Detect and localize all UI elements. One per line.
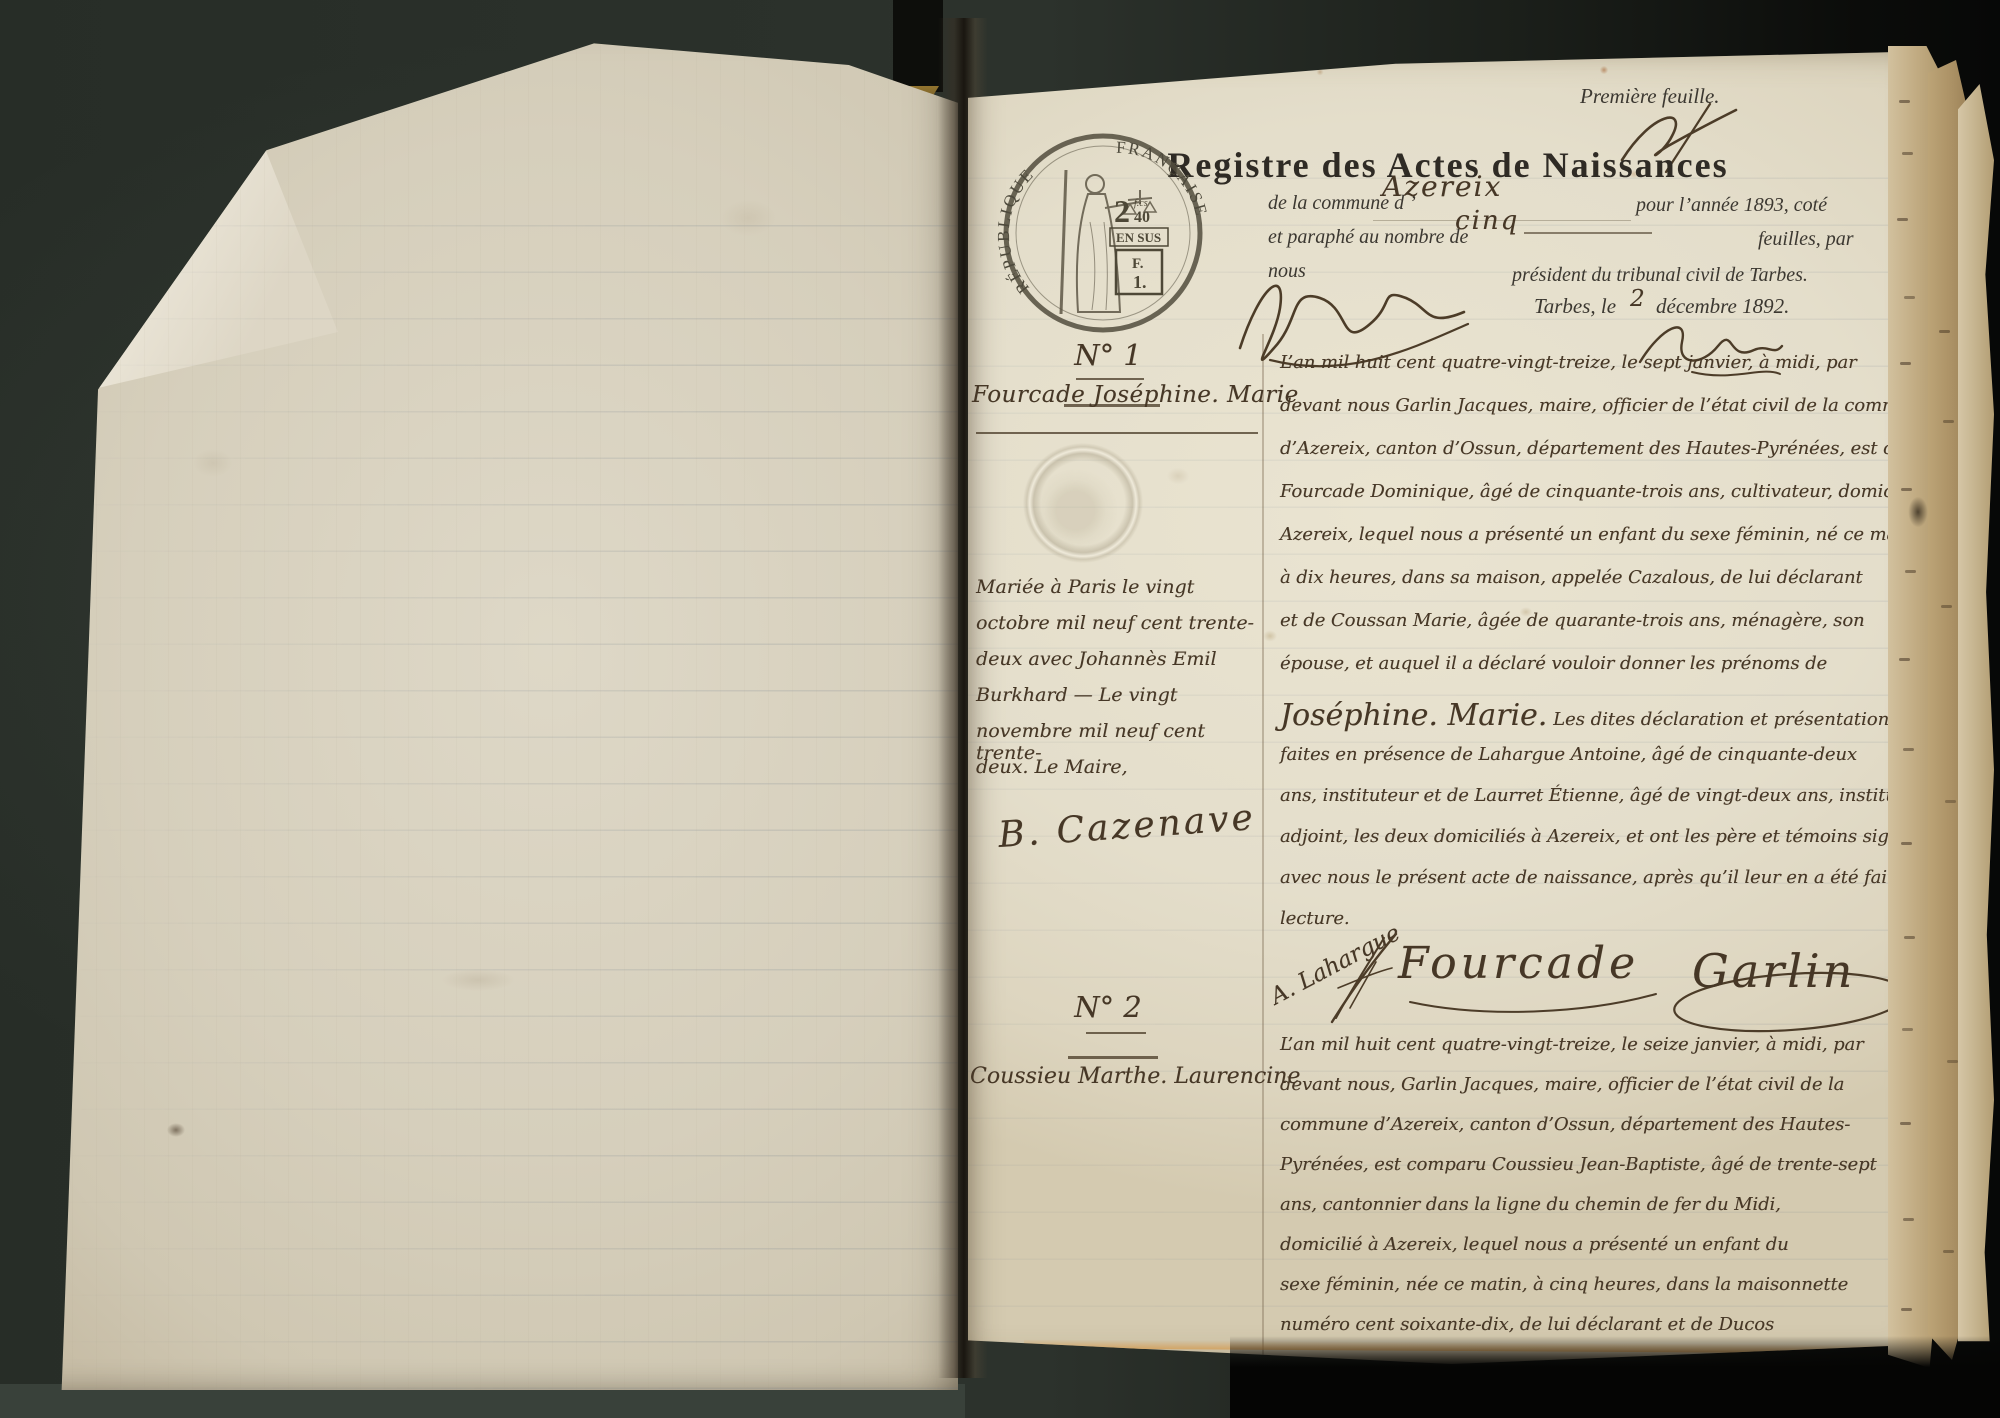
revenue-stamp: RÉPUBLIQUE FRANÇAISE 2 f.cs 40 EN SUS xyxy=(996,126,1210,340)
bottom-shadow xyxy=(1230,1336,2000,1418)
underline xyxy=(1068,1056,1158,1059)
handwritten-line: épouse, et auquel il a déclaré vouloir d… xyxy=(1280,653,1905,696)
svg-text:RÉPUBLIQUE: RÉPUBLIQUE xyxy=(996,164,1038,297)
handwritten-line: adjoint, les deux domiciliés à Azereix, … xyxy=(1280,826,1905,867)
entry-1-number: N° 1 xyxy=(1038,338,1178,372)
witness-2-signature-flourish xyxy=(1318,928,1408,1028)
handwritten-line: L’an mil huit cent quatre-vingt-treize, … xyxy=(1280,1034,1900,1074)
commune-name-handwritten: Azereix xyxy=(1382,170,1502,203)
child-name-emphasis: Joséphine. Marie. xyxy=(1280,698,1547,733)
handwritten-line: novembre mil neuf cent trente- xyxy=(976,720,1262,756)
handwritten-line: Fourcade Dominique, âgé de cinquante-tro… xyxy=(1280,481,1905,524)
svg-text:EN SUS: EN SUS xyxy=(1116,230,1161,245)
handwritten-line: octobre mil neuf cent trente- xyxy=(976,612,1262,648)
register-first-sheet: Première feuille. Registre des Actes de … xyxy=(968,52,1898,1364)
margin-divider-rule xyxy=(1262,334,1264,1356)
stamp-arc-left-text: RÉPUBLIQUE xyxy=(996,164,1038,297)
underline xyxy=(1076,378,1144,380)
form-rule xyxy=(1524,232,1652,234)
svg-text:f.cs: f.cs xyxy=(1134,198,1148,209)
signature-underline-flourish xyxy=(1404,990,1664,1016)
handwritten-line: d’Azereix, canton d’Ossun, département d… xyxy=(1280,438,1905,481)
entry-1-marriage-note: Mariée à Paris le vingtoctobre mil neuf … xyxy=(976,576,1262,792)
handwritten-line: avec nous le présent acte de naissance, … xyxy=(1280,867,1905,908)
handwritten-line: faites en présence de Lahargue Antoine, … xyxy=(1280,744,1905,785)
handwritten-line: devant nous, Garlin Jacques, maire, offi… xyxy=(1280,1074,1900,1114)
edge-handwriting-fragments xyxy=(1899,100,1910,103)
register-photo: Première feuille. Registre des Actes de … xyxy=(0,0,2000,1418)
handwritten-line: sexe féminin, née ce matin, à cinq heure… xyxy=(1280,1274,1900,1314)
mayor-garlin-signature: Garlin xyxy=(1692,944,1855,998)
handwritten-line: L’an mil huit cent quatre-vingt-treize, … xyxy=(1280,352,1905,395)
handwritten-line: Pyrénées, est comparu Coussieu Jean-Bapt… xyxy=(1280,1154,1900,1194)
handwritten-line: deux. Le Maire, xyxy=(976,756,1262,792)
handwritten-line: ans, cantonnier dans la ligne du chemin … xyxy=(1280,1194,1900,1234)
handwritten-line: devant nous Garlin Jacques, maire, offic… xyxy=(1280,395,1905,438)
handwritten-line: commune d’Azereix, canton d’Ossun, dépar… xyxy=(1280,1114,1900,1154)
entry-1-text: L’an mil huit cent quatre-vingt-treize, … xyxy=(1280,352,1905,696)
entry-1-margin-name: Fourcade Joséphine. Marie xyxy=(972,382,1299,408)
form-feuilles-line: feuilles, par xyxy=(1758,228,1854,251)
entry-1-text-continuation: Les dites déclaration et présentation, xyxy=(1547,709,1895,730)
handwritten-line: domicilié à Azereix, lequel nous a prése… xyxy=(1280,1234,1900,1274)
form-president-line: président du tribunal civil de Tarbes. xyxy=(1512,264,1808,287)
entry-2-number: N° 2 xyxy=(1038,990,1178,1024)
dateline-prefix: Tarbes, le xyxy=(1534,294,1616,319)
entry-2-margin-name: Coussieu Marthe. Laurencine xyxy=(970,1064,1300,1089)
handwritten-line: à dix heures, dans sa maison, appelée Ca… xyxy=(1280,567,1905,610)
entry-1-child-name-line: Joséphine. Marie. Les dites déclaration … xyxy=(1280,698,1895,733)
handwritten-line: Burkhard — Le vingt xyxy=(976,684,1262,720)
underline xyxy=(1086,1032,1146,1034)
handwritten-line: Azereix, lequel nous a présenté un enfan… xyxy=(1280,524,1905,567)
svg-text:2: 2 xyxy=(1114,193,1130,229)
embossed-seal xyxy=(1008,428,1158,578)
book-cover-spine xyxy=(893,0,943,92)
entry-1-text-end: faites en présence de Lahargue Antoine, … xyxy=(1280,744,1905,949)
declarant-signature: Fourcade xyxy=(1398,938,1639,989)
svg-text:40: 40 xyxy=(1134,209,1150,226)
handwritten-line: et de Coussan Marie, âgée de quarante-tr… xyxy=(1280,610,1905,653)
handwritten-line: Mariée à Paris le vingt xyxy=(976,576,1262,612)
underline xyxy=(976,432,1258,434)
handwritten-line: ans, instituteur et de Laurret Étienne, … xyxy=(1280,785,1905,826)
entry-2-text: L’an mil huit cent quatre-vingt-treize, … xyxy=(1280,1034,1900,1354)
svg-text:F.: F. xyxy=(1132,256,1144,272)
svg-text:1.: 1. xyxy=(1133,272,1147,292)
handwritten-line: deux avec Johannès Emil xyxy=(976,648,1262,684)
form-year-line: pour l’année 1893, coté xyxy=(1636,194,1827,217)
